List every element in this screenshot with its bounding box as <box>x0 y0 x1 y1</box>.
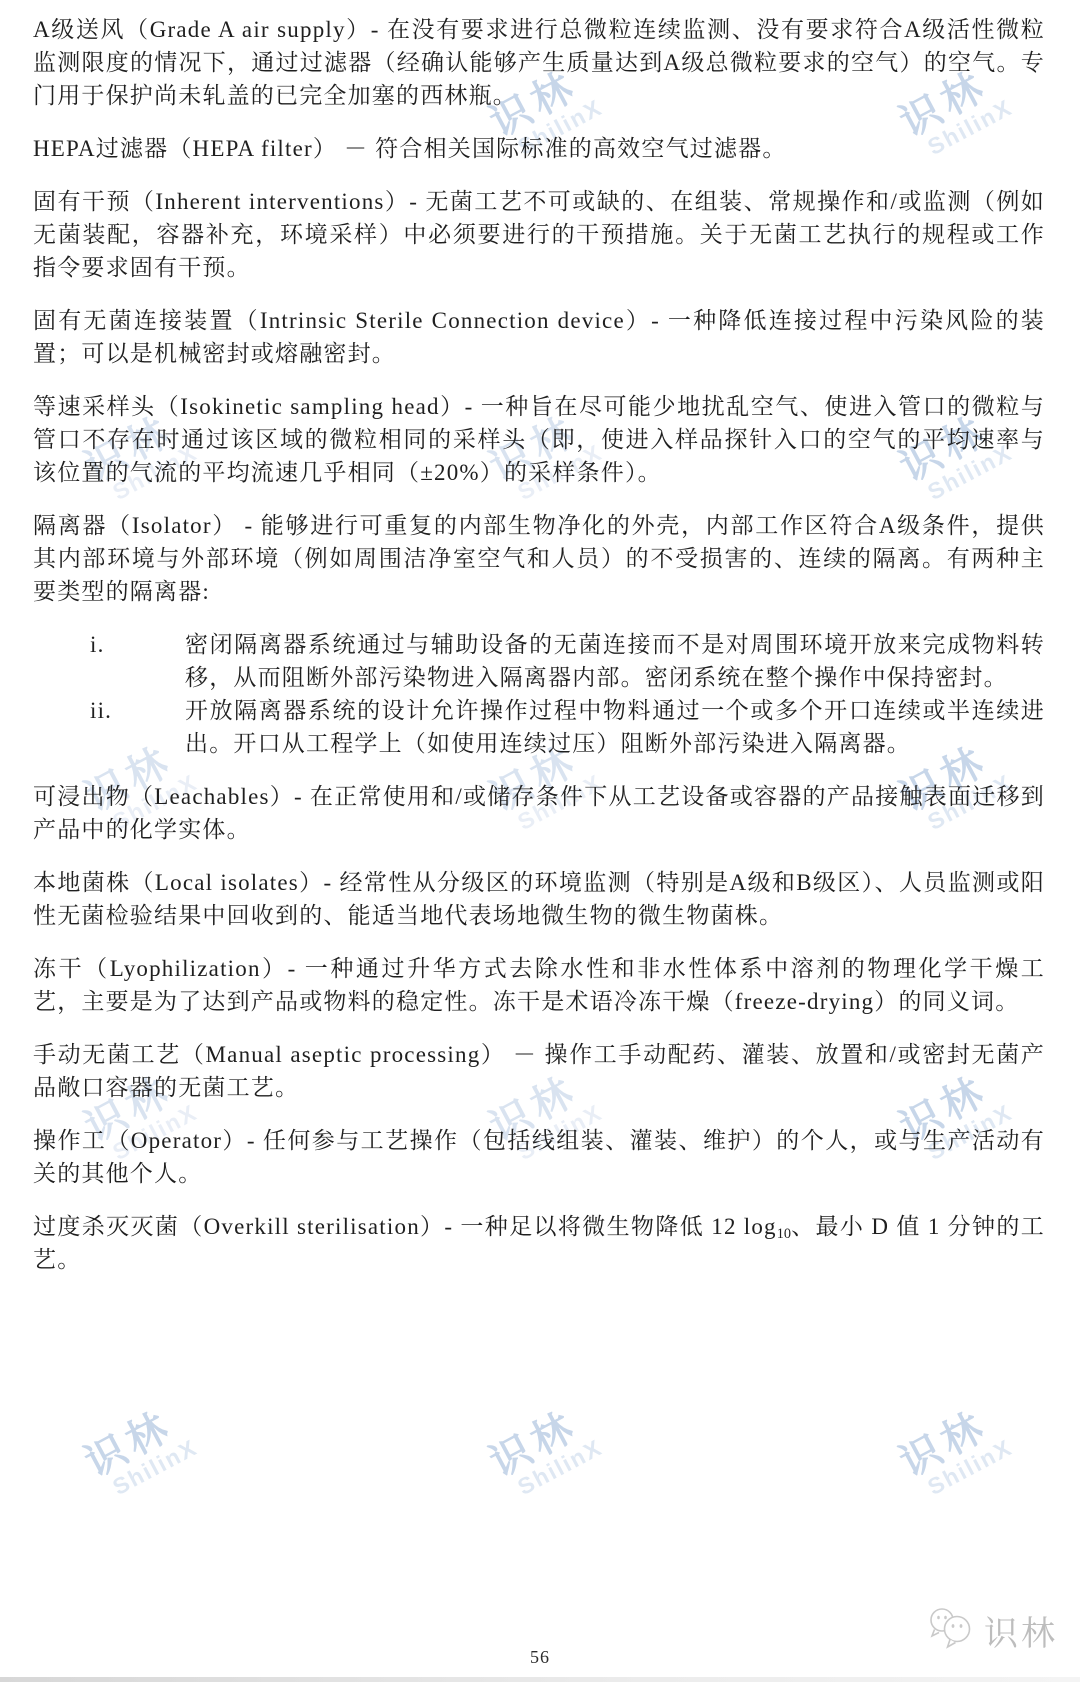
isolator-type-list: i. 密闭隔离器系统通过与辅助设备的无菌连接而不是对周围环境开放来完成物料转移，… <box>33 628 1045 760</box>
list-item-text: 开放隔离器系统的设计允许操作过程中物料通过一个或多个开口连续或半连续进出。开口从… <box>185 694 1045 760</box>
paragraph-lyophilization: 冻干（Lyophilization）- 一种通过升华方式去除水性和非水性体系中溶… <box>33 952 1045 1018</box>
paragraph-intrinsic-sterile-connection: 固有无菌连接装置（Intrinsic Sterile Connection de… <box>33 304 1045 370</box>
watermark-en-text: ShilinX <box>514 1435 606 1499</box>
paragraph-inherent-interventions: 固有干预（Inherent interventions）- 无菌工艺不可或缺的、… <box>33 185 1045 284</box>
list-item-open-isolator: ii. 开放隔离器系统的设计允许操作过程中物料通过一个或多个开口连续或半连续进出… <box>33 694 1045 760</box>
document-page: 识林ShilinX识林ShilinX识林ShilinX识林ShilinX识林Sh… <box>0 0 1080 1682</box>
paragraph-operator: 操作工（Operator）- 任何参与工艺操作（包括线组装、灌装、维护）的个人，… <box>33 1124 1045 1190</box>
paragraph-isolator: 隔离器（Isolator） - 能够进行可重复的内部生物净化的外壳，内部工作区符… <box>33 509 1045 608</box>
paragraph-local-isolates: 本地菌株（Local isolates）- 经常性从分级区的环境监测（特别是A级… <box>33 866 1045 932</box>
document-body: A级送风（Grade A air supply）- 在没有要求进行总微粒连续监测… <box>33 13 1045 1276</box>
list-item-text: 密闭隔离器系统通过与辅助设备的无菌连接而不是对周围环境开放来完成物料转移，从而阻… <box>185 628 1045 694</box>
shilinx-watermark: 识林ShilinX <box>484 1405 595 1505</box>
page-number: 56 <box>0 1647 1080 1668</box>
paragraph-hepa-filter: HEPA过滤器（HEPA filter） － 符合相关国际标准的高效空气过滤器。 <box>33 132 1045 165</box>
overkill-text-pre: 过度杀灭灭菌（Overkill sterilisation）- 一种足以将微生物… <box>33 1214 777 1239</box>
list-item-closed-isolator: i. 密闭隔离器系统通过与辅助设备的无菌连接而不是对周围环境开放来完成物料转移，… <box>33 628 1045 694</box>
watermark-en-text: ShilinX <box>109 1435 201 1499</box>
list-marker: i. <box>90 628 185 661</box>
watermark-cn-text: 识林 <box>894 1405 994 1484</box>
page-bottom-edge <box>0 1677 1080 1682</box>
paragraph-overkill-sterilisation: 过度杀灭灭菌（Overkill sterilisation）- 一种足以将微生物… <box>33 1210 1045 1276</box>
watermark-cn-text: 识林 <box>79 1405 179 1484</box>
paragraph-grade-a-air-supply: A级送风（Grade A air supply）- 在没有要求进行总微粒连续监测… <box>33 13 1045 112</box>
list-marker: ii. <box>90 694 185 727</box>
paragraph-leachables: 可浸出物（Leachables）- 在正常使用和/或储存条件下从工艺设备或容器的… <box>33 780 1045 846</box>
paragraph-isokinetic-sampling-head: 等速采样头（Isokinetic sampling head）- 一种旨在尽可能… <box>33 390 1045 489</box>
watermark-cn-text: 识林 <box>484 1405 584 1484</box>
log10-subscript: 10 <box>777 1226 791 1242</box>
shilinx-watermark: 识林ShilinX <box>79 1405 190 1505</box>
paragraph-manual-aseptic-processing: 手动无菌工艺（Manual aseptic processing） － 操作工手… <box>33 1038 1045 1104</box>
shilinx-watermark: 识林ShilinX <box>894 1405 1005 1505</box>
watermark-en-text: ShilinX <box>924 1435 1016 1499</box>
